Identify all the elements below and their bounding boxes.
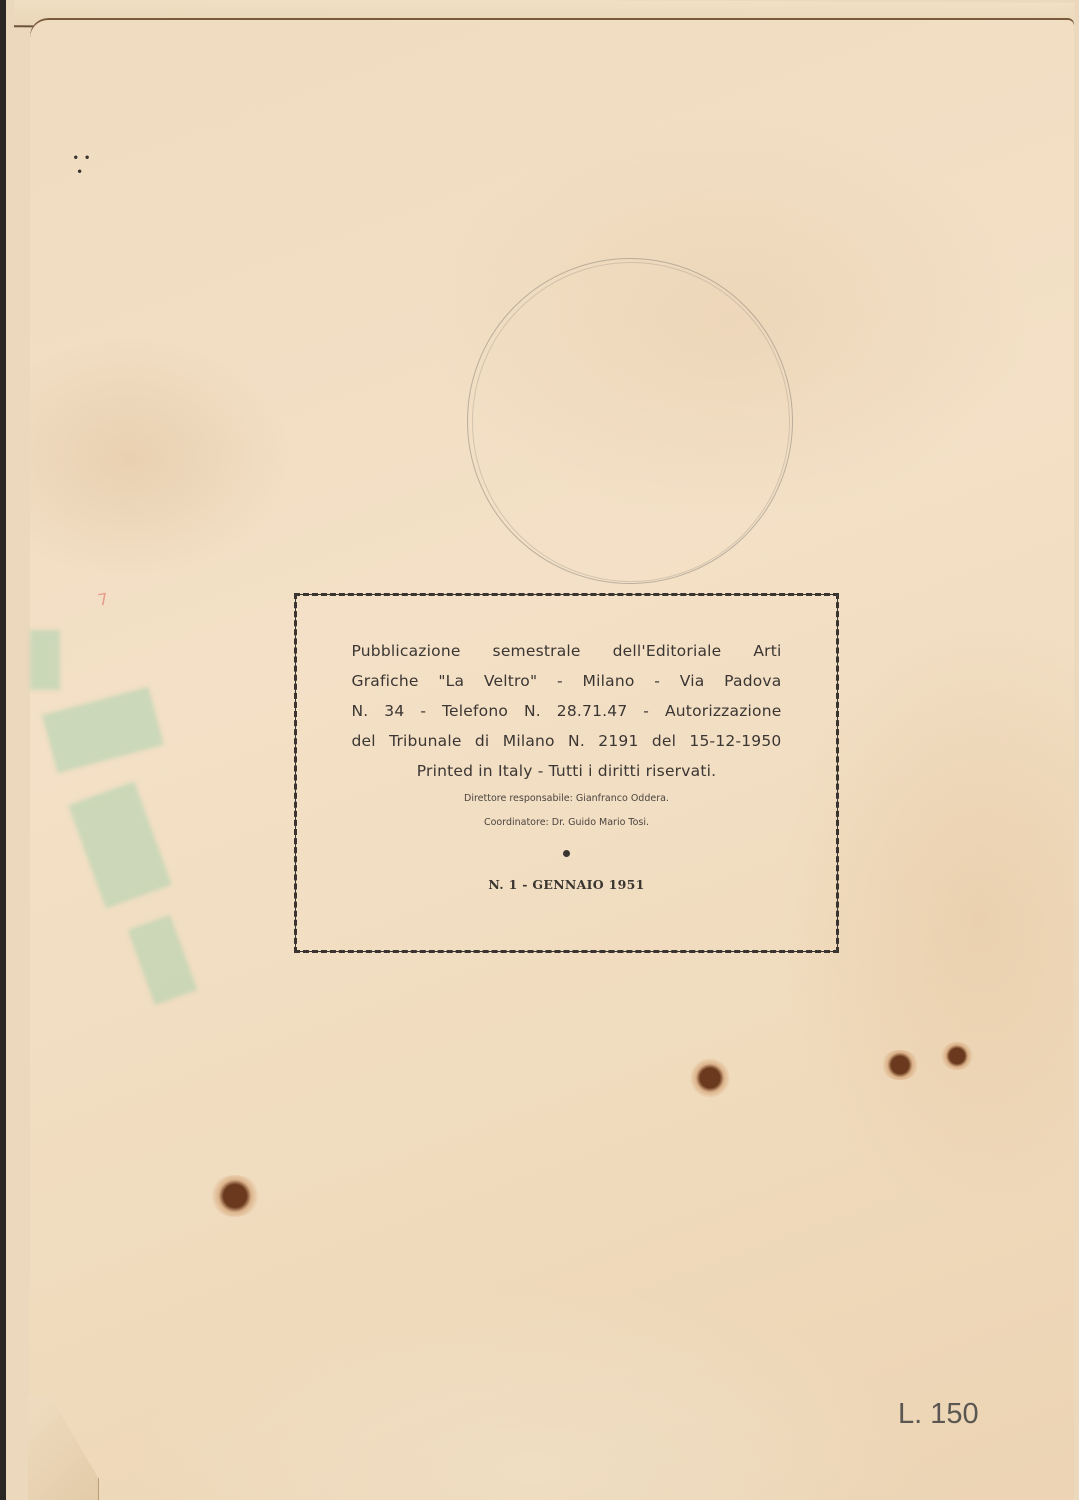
director-credit: Direttore responsabile: Gianfranco Odder… bbox=[297, 788, 836, 810]
imprint-line: Grafiche "La Veltro" - Milano - Via Pado… bbox=[352, 666, 782, 696]
rust-stain bbox=[210, 1175, 260, 1217]
bullet-dot bbox=[563, 850, 570, 857]
rust-stain bbox=[880, 1050, 920, 1080]
ink-specks: ∙ ∙ ∙ bbox=[72, 150, 91, 178]
price-label: L. 150 bbox=[898, 1398, 979, 1431]
green-stamp-smudge bbox=[30, 630, 60, 690]
imprint-line: N. 34 - Telefono N. 28.71.47 - Autorizza… bbox=[352, 696, 782, 726]
imprint-line: del Tribunale di Milano N. 2191 del 15-1… bbox=[352, 726, 782, 756]
coordinator-credit: Coordinatore: Dr. Guido Mario Tosi. bbox=[297, 812, 836, 834]
imprint-line: Pubblicazione semestrale dell'Editoriale… bbox=[352, 636, 782, 666]
imprint-box: Pubblicazione semestrale dell'Editoriale… bbox=[294, 593, 839, 953]
imprint-line: Printed in Italy - Tutti i diritti riser… bbox=[352, 756, 782, 786]
issue-number: N. 1 - GENNAIO 1951 bbox=[297, 877, 836, 892]
rust-stain bbox=[690, 1058, 730, 1098]
imprint-text: Pubblicazione semestrale dell'Editoriale… bbox=[352, 636, 782, 786]
pencil-circle-trace bbox=[472, 262, 790, 582]
rust-stain bbox=[940, 1042, 974, 1070]
